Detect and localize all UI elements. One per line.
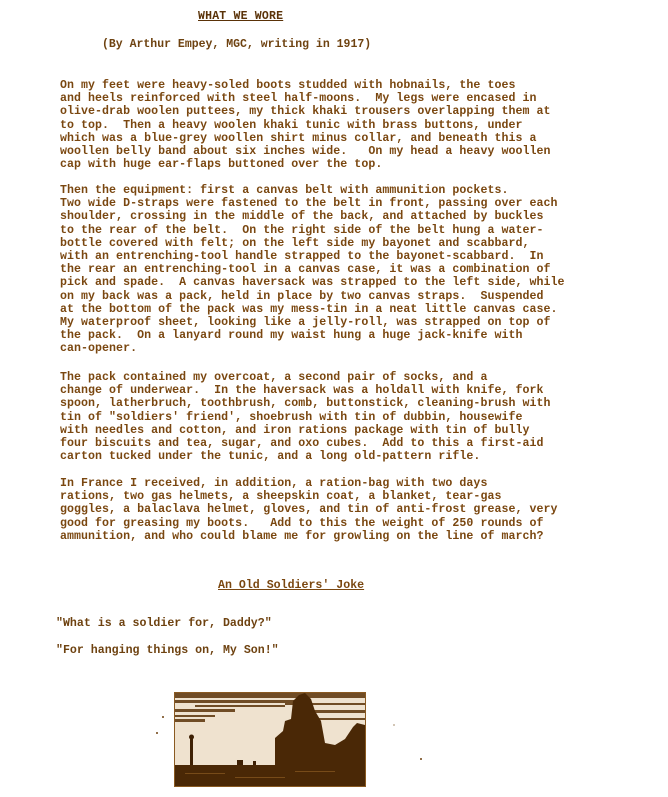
print-speck (420, 758, 422, 760)
byline: (By Arthur Empey, MGC, writing in 1917) (102, 38, 371, 51)
paragraph-pack-contents: The pack contained my overcoat, a second… (60, 371, 660, 463)
print-speck (162, 716, 164, 718)
paragraph-france: In France I received, in addition, a rat… (60, 477, 660, 543)
joke-heading: An Old Soldiers' Joke (218, 579, 364, 592)
paragraph-equipment: Then the equipment: first a canvas belt … (60, 184, 660, 356)
joke-question: "What is a soldier for, Daddy?" (56, 617, 272, 630)
ruined-building-scene-image (175, 693, 365, 786)
paragraph-clothing: On my feet were heavy-soled boots studde… (60, 79, 660, 171)
print-speck (156, 732, 158, 734)
page-title: WHAT WE WORE (198, 10, 283, 23)
joke-answer: "For hanging things on, My Son!" (56, 644, 279, 657)
sepia-illustration (175, 693, 365, 786)
print-speck (393, 724, 395, 726)
